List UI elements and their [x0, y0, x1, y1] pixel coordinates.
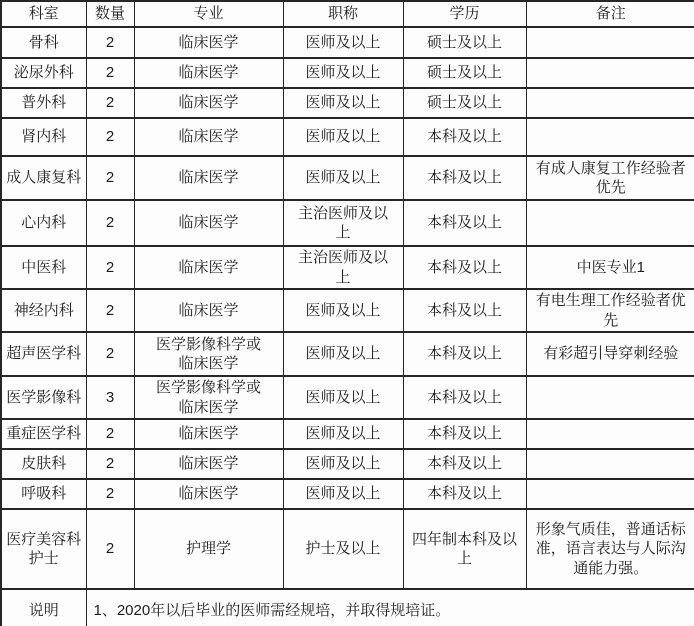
footer-label: 说明: [1, 589, 86, 626]
count-cell: 2: [86, 156, 134, 200]
dept-cell: 普外科: [1, 88, 86, 118]
table-row: 普外科 2 临床医学 医师及以上 硕士及以上: [1, 88, 694, 118]
count-cell: 2: [86, 419, 134, 449]
count-cell: 2: [86, 88, 134, 118]
dept-cell: 皮肤科: [1, 449, 86, 479]
degree-cell: 硕士及以上: [403, 27, 526, 58]
degree-cell: 本科及以上: [403, 200, 526, 246]
table-row: 神经内科 2 临床医学 医师及以上 本科及以上 有电生理工作经验者优 先: [1, 289, 694, 332]
dept-cell: 骨科: [1, 27, 86, 58]
major-cell: 护理学: [134, 509, 283, 589]
col-header-dept: 科室: [1, 1, 86, 27]
count-cell: 2: [86, 27, 134, 58]
count-cell: 2: [86, 58, 134, 88]
dept-cell: 医疗美容科 护士: [1, 509, 86, 589]
table-row: 皮肤科 2 临床医学 医师及以上 本科及以上: [1, 449, 694, 479]
table-row: 医疗美容科 护士 2 护理学 护士及以上 四年制本科及以 上 形象气质佳，普通话…: [1, 509, 694, 589]
title-cell: 护士及以上: [283, 509, 403, 589]
degree-cell: 本科及以上: [403, 289, 526, 332]
note-cell: [526, 200, 694, 246]
dept-cell: 超声医学科: [1, 332, 86, 376]
major-cell: 临床医学: [134, 58, 283, 88]
degree-cell: 本科及以上: [403, 376, 526, 419]
major-cell: 医学影像科学或 临床医学: [134, 332, 283, 376]
table-row: 呼吸科 2 临床医学 医师及以上 本科及以上: [1, 479, 694, 509]
title-cell: 医师及以上: [283, 449, 403, 479]
major-cell: 临床医学: [134, 479, 283, 509]
note-cell: [526, 449, 694, 479]
title-cell: 医师及以上: [283, 419, 403, 449]
count-cell: 2: [86, 479, 134, 509]
dept-cell: 肾内科: [1, 118, 86, 156]
degree-cell: 本科及以上: [403, 479, 526, 509]
major-cell: 临床医学: [134, 118, 283, 156]
table-row: 中医科 2 临床医学 主治医师及以 上 本科及以上 中医专业1: [1, 246, 694, 289]
col-header-note: 备注: [526, 1, 694, 27]
major-cell: 临床医学: [134, 200, 283, 246]
note-cell: [526, 58, 694, 88]
degree-cell: 本科及以上: [403, 156, 526, 200]
count-cell: 2: [86, 200, 134, 246]
major-cell: 临床医学: [134, 289, 283, 332]
title-cell: 主治医师及以 上: [283, 246, 403, 289]
title-cell: 医师及以上: [283, 88, 403, 118]
count-cell: 2: [86, 509, 134, 589]
note-cell: [526, 376, 694, 419]
note-cell: 中医专业1: [526, 246, 694, 289]
dept-cell: 中医科: [1, 246, 86, 289]
title-cell: 医师及以上: [283, 479, 403, 509]
footer-note: 1、2020年以后毕业的医师需经规培，并取得规培证。: [86, 589, 694, 626]
degree-cell: 本科及以上: [403, 332, 526, 376]
title-cell: 医师及以上: [283, 376, 403, 419]
dept-cell: 神经内科: [1, 289, 86, 332]
col-header-title: 职称: [283, 1, 403, 27]
note-cell: [526, 88, 694, 118]
recruitment-table: 科室 数量 专业 职称 学历 备注 骨科 2 临床医学 医师及以上 硕士及以上 …: [0, 0, 694, 626]
note-cell: [526, 419, 694, 449]
table-row: 骨科 2 临床医学 医师及以上 硕士及以上: [1, 27, 694, 58]
degree-cell: 硕士及以上: [403, 88, 526, 118]
table-row: 重症医学科 2 临床医学 医师及以上 本科及以上: [1, 419, 694, 449]
major-cell: 医学影像科学或 临床医学: [134, 376, 283, 419]
title-cell: 医师及以上: [283, 58, 403, 88]
table-row: 肾内科 2 临床医学 医师及以上 本科及以上: [1, 118, 694, 156]
note-cell: [526, 27, 694, 58]
degree-cell: 本科及以上: [403, 118, 526, 156]
degree-cell: 硕士及以上: [403, 58, 526, 88]
col-header-degree: 学历: [403, 1, 526, 27]
note-cell: [526, 118, 694, 156]
count-cell: 2: [86, 118, 134, 156]
dept-cell: 成人康复科: [1, 156, 86, 200]
title-cell: 主治医师及以 上: [283, 200, 403, 246]
count-cell: 2: [86, 289, 134, 332]
note-cell: 有电生理工作经验者优 先: [526, 289, 694, 332]
count-cell: 2: [86, 449, 134, 479]
count-cell: 2: [86, 332, 134, 376]
dept-cell: 医学影像科: [1, 376, 86, 419]
major-cell: 临床医学: [134, 27, 283, 58]
title-cell: 医师及以上: [283, 332, 403, 376]
header-row: 科室 数量 专业 职称 学历 备注: [1, 1, 694, 27]
note-cell: 有成人康复工作经验者 优先: [526, 156, 694, 200]
dept-cell: 重症医学科: [1, 419, 86, 449]
major-cell: 临床医学: [134, 246, 283, 289]
dept-cell: 呼吸科: [1, 479, 86, 509]
dept-cell: 心内科: [1, 200, 86, 246]
degree-cell: 本科及以上: [403, 246, 526, 289]
table-row: 医学影像科 3 医学影像科学或 临床医学 医师及以上 本科及以上: [1, 376, 694, 419]
col-header-major: 专业: [134, 1, 283, 27]
count-cell: 2: [86, 246, 134, 289]
title-cell: 医师及以上: [283, 118, 403, 156]
degree-cell: 本科及以上: [403, 449, 526, 479]
table-row: 成人康复科 2 临床医学 医师及以上 本科及以上 有成人康复工作经验者 优先: [1, 156, 694, 200]
degree-cell: 四年制本科及以 上: [403, 509, 526, 589]
dept-cell: 泌尿外科: [1, 58, 86, 88]
major-cell: 临床医学: [134, 419, 283, 449]
table-row: 超声医学科 2 医学影像科学或 临床医学 医师及以上 本科及以上 有彩超引导穿刺…: [1, 332, 694, 376]
title-cell: 医师及以上: [283, 289, 403, 332]
col-header-count: 数量: [86, 1, 134, 27]
table-row: 心内科 2 临床医学 主治医师及以 上 本科及以上: [1, 200, 694, 246]
recruitment-table-page: 科室 数量 专业 职称 学历 备注 骨科 2 临床医学 医师及以上 硕士及以上 …: [0, 0, 694, 626]
note-cell: 形象气质佳，普通话标 准，语言表达与人际沟 通能力强。: [526, 509, 694, 589]
title-cell: 医师及以上: [283, 27, 403, 58]
footer-row: 说明 1、2020年以后毕业的医师需经规培，并取得规培证。: [1, 589, 694, 626]
major-cell: 临床医学: [134, 88, 283, 118]
degree-cell: 本科及以上: [403, 419, 526, 449]
major-cell: 临床医学: [134, 449, 283, 479]
count-cell: 3: [86, 376, 134, 419]
major-cell: 临床医学: [134, 156, 283, 200]
note-cell: [526, 479, 694, 509]
note-cell: 有彩超引导穿刺经验: [526, 332, 694, 376]
table-row: 泌尿外科 2 临床医学 医师及以上 硕士及以上: [1, 58, 694, 88]
title-cell: 医师及以上: [283, 156, 403, 200]
